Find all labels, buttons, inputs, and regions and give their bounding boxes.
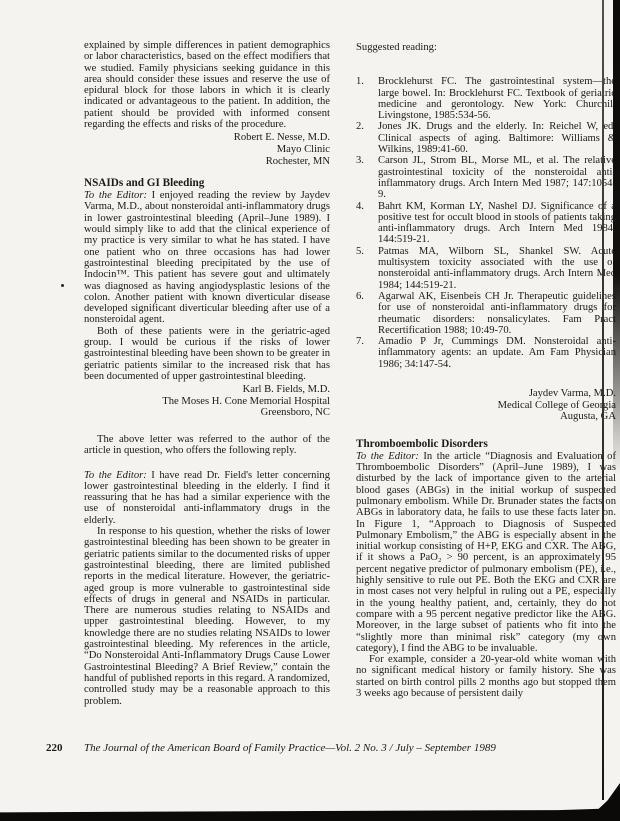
reference-list: 1. Brocklehurst FC. The gastrointestinal… [356,76,616,370]
signature-affiliation: The Moses H. Cone Memorial Hospital [84,396,330,408]
section-heading-thromboembolic: Thromboembolic Disorders [356,438,616,450]
reference-text: Amadio P Jr, Cummings DM. Nonsteroidal a… [378,336,616,370]
letter1-body: I enjoyed reading the review by Jaydev V… [84,190,330,325]
signature-affiliation: Medical College of Georgia [356,400,616,412]
reference-text: Bahrt KM, Korman LY, Nashel DJ. Signific… [378,201,616,246]
page-content: explained by simple differences in patie… [84,40,616,707]
reference-number: 3. [356,155,367,200]
left-column: explained by simple differences in patie… [84,40,330,707]
signature-location: Augusta, GA [356,411,616,423]
scanned-journal-page: explained by simple differences in patie… [0,0,620,821]
reference-item: 1. Brocklehurst FC. The gastrointestinal… [356,76,616,121]
reference-item: 3. Carson JL, Strom BL, Morse ML, et al.… [356,155,616,200]
scan-speck-dot [61,284,64,287]
letter1-paragraph1: To the Editor: I enjoyed reading the rev… [84,190,330,326]
reference-number: 1. [356,76,367,121]
reference-number: 7. [356,336,367,370]
scan-edge-line [602,0,604,800]
signature-name: Jaydev Varma, M.D. [356,388,616,400]
reference-text: Jones JK. Drugs and the elderly. In: Rei… [378,121,616,155]
editor-referral-note: The above letter was referred to the aut… [84,434,330,457]
reference-item: 5. Patmas MA, Wilborn SL, Shankel SW. Ac… [356,246,616,291]
letter1-salutation: To the Editor: [84,190,147,201]
suggested-reading-label: Suggested reading: [356,42,616,53]
reference-text: Patmas MA, Wilborn SL, Shankel SW. Acute… [378,246,616,291]
footer-journal-title: The Journal of the American Board of Fam… [84,742,496,754]
signature-block-fields: Karl B. Fields, M.D. The Moses H. Cone M… [84,384,330,419]
signature-block-nesse: Robert E. Nesse, M.D. Mayo Clinic Roches… [84,132,330,167]
reply-salutation: To the Editor: [84,470,147,481]
reference-item: 4. Bahrt KM, Korman LY, Nashel DJ. Signi… [356,201,616,246]
reference-item: 7. Amadio P Jr, Cummings DM. Nonsteroida… [356,336,616,370]
letter2-body: In the article “Diagnosis and Evaluation… [356,451,616,654]
reference-number: 5. [356,246,367,291]
reference-item: 2. Jones JK. Drugs and the elderly. In: … [356,121,616,155]
footer-page-number: 220 [46,742,63,754]
signature-location: Rochester, MN [84,156,330,168]
reference-number: 2. [356,121,367,155]
signature-block-varma: Jaydev Varma, M.D. Medical College of Ge… [356,388,616,423]
reference-text: Brocklehurst FC. The gastrointestinal sy… [378,76,616,121]
right-column: Suggested reading: 1. Brocklehurst FC. T… [356,40,616,707]
scan-bottom-bar [0,807,620,821]
intro-paragraph: explained by simple differences in patie… [84,40,330,130]
signature-name: Karl B. Fields, M.D. [84,384,330,396]
reply-paragraph2: In response to his question, whether the… [84,526,330,707]
scan-edge-band [613,0,620,500]
signature-name: Robert E. Nesse, M.D. [84,132,330,144]
reference-text: Agarwal AK, Eisenbeis CH Jr. Therapeutic… [378,291,616,336]
section-heading-nsaids: NSAIDs and GI Bleeding [84,177,330,189]
signature-location: Greensboro, NC [84,407,330,419]
reference-text: Carson JL, Strom BL, Morse ML, et al. Th… [378,155,616,200]
letter1-paragraph2: Both of these patients were in the geria… [84,326,330,382]
reference-item: 6. Agarwal AK, Eisenbeis CH Jr. Therapeu… [356,291,616,336]
reply-paragraph1: To the Editor: I have read Dr. Field's l… [84,470,330,526]
letter2-paragraph1: To the Editor: In the article “Diagnosis… [356,451,616,654]
reference-number: 6. [356,291,367,336]
signature-affiliation: Mayo Clinic [84,144,330,156]
reference-number: 4. [356,201,367,246]
letter2-salutation: To the Editor: [356,451,419,462]
letter2-paragraph2: For example, consider a 20-year-old whit… [356,654,616,699]
